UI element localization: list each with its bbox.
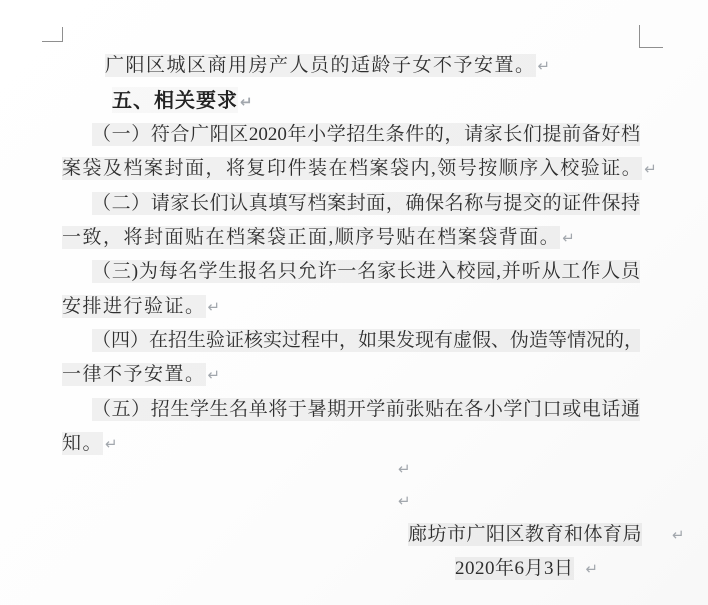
requirement-3-text: （三)为每名学生报名只允许一名家长进入校园,并听从工作人员 [92,260,640,283]
text-boundary-mark-top-left [42,27,63,42]
section-heading-text: 五、相关要求 [112,87,238,113]
boundary-mark-line [639,25,640,48]
signature-line: 廊坊市广阳区教育和体育局↵ [408,518,685,552]
text-boundary-mark-top-right [639,25,663,48]
requirement-5-text: 知。 [62,432,103,455]
paragraph-mark-icon: ↵ [398,460,411,478]
boundary-mark-line [639,47,663,48]
requirement-2-line-1: （二）请家长们认真填写档案封面，确保名称与提交的证件保持 [62,187,640,221]
paragraph-mark-icon: ↵ [538,57,551,75]
requirement-1-text: （一）符合广阳区2020年小学招生条件的，请家长们提前备好档 [92,123,640,146]
intro-paragraph-line: 广阳区城区商用房产人员的适龄子女不予安置。↵ [105,49,550,83]
date-line: 2020年6月3日↵ [455,552,598,586]
requirement-4-line-1: （四）在招生验证核实过程中，如果发现有虚假、伪造等情况的， [62,324,640,358]
requirement-4-text: 一律不予安置。 [62,363,206,386]
intro-paragraph-text: 广阳区城区商用房产人员的适龄子女不予安置。 [105,54,536,77]
requirement-4-text: （四）在招生验证核实过程中，如果发现有虚假、伪造等情况的， [92,329,640,352]
paragraph-mark-icon: ↵ [562,229,575,247]
paragraph-mark-icon: ↵ [586,560,599,578]
paragraph-mark-icon: ↵ [105,435,118,453]
requirement-1-text: 案袋及档案封面，将复印件装在档案袋内,领号按顺序入校验证。 [62,157,642,180]
document-page: 广阳区城区商用房产人员的适龄子女不予安置。↵ 五、相关要求↵ （一）符合广阳区2… [0,0,708,605]
empty-paragraph: ↵ [398,486,411,516]
paragraph-mark-icon: ↵ [398,492,411,510]
requirement-1-line-1: （一）符合广阳区2020年小学招生条件的，请家长们提前备好档 [62,118,640,152]
requirement-3-text: 安排进行验证。 [62,295,206,318]
requirement-5-line-2: 知。↵ [62,427,118,461]
boundary-mark-line [42,41,63,42]
section-heading: 五、相关要求↵ [112,83,253,117]
paragraph-mark-icon: ↵ [644,160,657,178]
requirement-2-text: 一致，将封面贴在档案袋正面,顺序号贴在档案袋背面。 [62,226,560,249]
requirement-4-line-2: 一律不予安置。↵ [62,358,220,392]
boundary-mark-line [62,27,63,42]
requirement-3-line-1: （三)为每名学生报名只允许一名家长进入校园,并听从工作人员 [62,255,640,289]
requirement-2-line-2: 一致，将封面贴在档案袋正面,顺序号贴在档案袋背面。↵ [62,221,575,255]
requirement-2-text: （二）请家长们认真填写档案封面，确保名称与提交的证件保持 [92,192,640,215]
paragraph-mark-icon: ↵ [208,366,221,384]
issue-date: 2020年6月3日 [455,557,574,580]
requirement-1-line-2: 案袋及档案封面，将复印件装在档案袋内,领号按顺序入校验证。↵ [62,152,657,186]
issuing-authority: 廊坊市广阳区教育和体育局 [408,523,642,546]
paragraph-mark-icon: ↵ [208,298,221,316]
requirement-5-text: （五）招生学生名单将于暑期开学前张贴在各小学门口或电话通 [92,398,640,421]
empty-paragraph: ↵ [398,454,411,484]
requirement-3-line-2: 安排进行验证。↵ [62,290,220,324]
paragraph-mark-icon: ↵ [240,93,253,111]
paragraph-mark-icon: ↵ [672,526,685,544]
requirement-5-line-1: （五）招生学生名单将于暑期开学前张贴在各小学门口或电话通 [62,393,640,427]
